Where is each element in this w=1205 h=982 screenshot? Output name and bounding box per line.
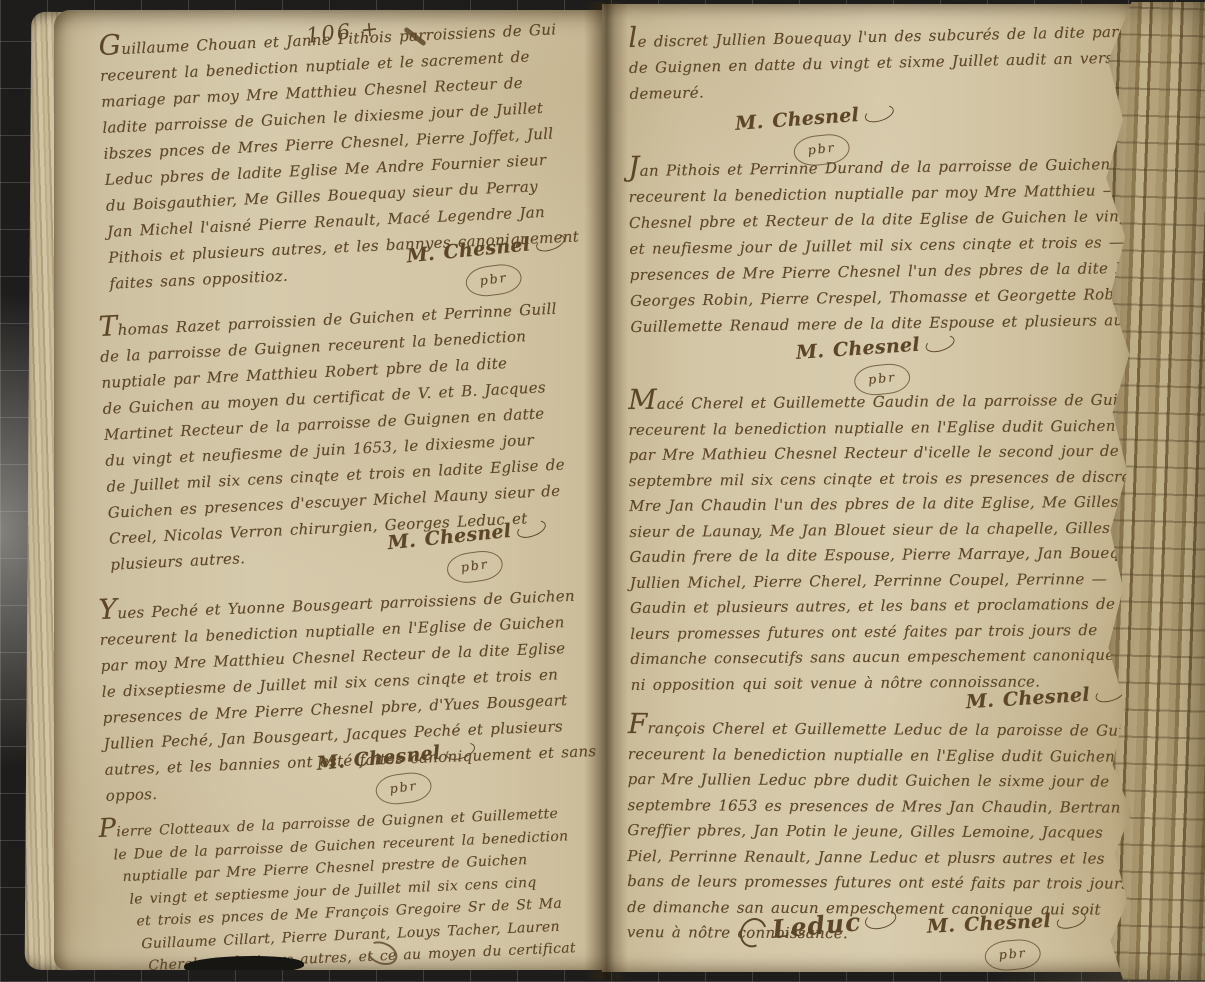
manuscript-line: septembre 1653 es presences de Mres Jan … — [627, 792, 1119, 820]
left-page: 106 + Guillaume Chouan et Janne Pithois … — [54, 10, 602, 970]
manuscript-line: bans de leurs promesses futures ont esté… — [627, 869, 1119, 897]
priest-signature: M. Chesnel — [926, 907, 1086, 940]
left-page-records: Guillaume Chouan et Janne Pithois parroi… — [98, 32, 594, 970]
parish-register-book: 106 + Guillaume Chouan et Janne Pithois … — [28, 2, 1205, 980]
manuscript-line: dimanche consecutifs sans aucun empesche… — [630, 643, 1122, 673]
signature-block: M. Chesnelpbr — [387, 518, 549, 586]
marriage-record: Guillaume Chouan et Janne Pithois parroi… — [98, 10, 602, 297]
marriage-record: Jan Pithois et Perrinne Durand de la par… — [628, 146, 1123, 340]
manuscript-line: Mre Jan Chaudin l'un des pbres de la dit… — [629, 490, 1121, 520]
signature-paraph: pbr — [984, 938, 1042, 972]
manuscript-line: François Cherel et Guillemette Leduc de … — [628, 710, 1120, 744]
priest-signature: M. Chesnel — [734, 99, 895, 137]
marriage-record: le discret Jullien Bouequay l'un des sub… — [628, 14, 1122, 107]
signature-block: M. Chesnel — [966, 684, 1125, 711]
marriage-record: Yues Peché et Yuonne Bousgeart parroissi… — [98, 577, 602, 809]
manuscript-line: Gaudin frere de la dite Espouse, Pierre … — [629, 541, 1121, 571]
signature-block: M. Chesnelpbr — [316, 741, 477, 807]
manuscript-line: par Mre Mathieu Chesnel Recteur d'icelle… — [628, 439, 1120, 469]
marriage-record: Pierre Clotteaux de la parroisse de Guig… — [98, 796, 600, 970]
manuscript-line: receurent la benediction nuptialle en l'… — [628, 741, 1120, 769]
manuscript-line: par Mre Jullien Leduc pbre dudit Guichen… — [628, 767, 1120, 795]
priest-signature: M. Chesnel — [965, 680, 1125, 715]
manuscript-line: Piel, Perrinne Renault, Janne Leduc et p… — [627, 843, 1119, 871]
right-page-records: le discret Jullien Bouequay l'un des sub… — [628, 24, 1120, 946]
marriage-record: Thomas Razet parroissien de Guichen et P… — [98, 289, 602, 578]
right-page: 107 le discret Jullien Bouequay l'un des… — [602, 4, 1142, 972]
manuscript-line: Greffier pbres, Jan Potin le jeune, Gill… — [627, 818, 1119, 846]
manuscript-photo: { "photo": { "background_color": "#1e1d1… — [0, 0, 1205, 982]
marriage-record: Macé Cherel et Guillemette Gaudin de la … — [628, 382, 1123, 698]
signature-paraph: pbr — [374, 770, 433, 807]
signature-block: M. Chesnelpbr — [927, 910, 1086, 970]
manuscript-line: Macé Cherel et Guillemette Gaudin de la … — [628, 382, 1120, 418]
signature-block: M. Chesnelpbr — [406, 232, 568, 299]
manuscript-line: Gaudin et plusieurs autres, et les bans … — [630, 592, 1122, 622]
priest-signature: M. Chesnel — [795, 329, 955, 365]
